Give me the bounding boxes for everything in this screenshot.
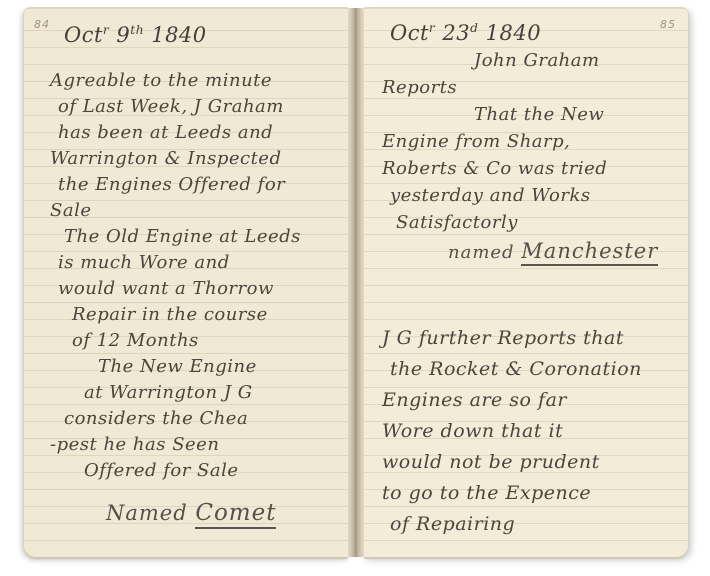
date-year: 1840 [144,23,207,47]
date-month: Oct [390,21,429,45]
manuscript-line: Engines are so far [382,387,672,418]
manuscript-line: to go to the Expence [382,480,672,511]
caption-prefix: Named [106,501,195,525]
blank-lines-gap [382,269,672,325]
manuscript-line: Offered for Sale [84,458,334,484]
manuscript-line: John Graham [474,48,672,75]
manuscript-line: would not be prudent [382,449,672,480]
manuscript-line: the Rocket & Coronation [390,356,672,387]
manuscript-line: Repair in the course [72,302,334,328]
manuscript-line: Reports [382,75,672,102]
date-day-superscript: th [130,23,144,37]
engine-name-underlined: Comet [195,500,276,529]
manuscript-line: considers the Chea [64,406,334,432]
manuscript-line: Warrington & Inspected [50,146,334,172]
date-day: 23 [435,21,470,45]
manuscript-line: That the New [474,102,672,129]
date-heading-right: Octr 23d 1840 [390,18,672,48]
left-page-text: Octr 9th 1840 Agreable to the minute of … [24,8,348,557]
manuscript-line: at Warrington J G [84,380,334,406]
manuscript-line: Engine from Sharp, [382,129,672,156]
book-gutter [348,8,364,557]
right-page: 85 Octr 23d 1840 John Graham Reports Tha… [364,8,688,557]
caption-prefix: named [448,242,521,263]
manuscript-line: of Repairing [390,511,672,542]
left-page: 84 Octr 9th 1840 Agreable to the minute … [24,8,348,557]
manuscript-line: yesterday and Works [390,183,672,210]
manuscript-line: is much Wore and [58,250,334,276]
manuscript-line: The Old Engine at Leeds [64,224,334,250]
manuscript-line: The New Engine [98,354,334,380]
engine-name-underlined: Manchester [521,239,658,266]
engine-name-caption-comet: Named Comet [106,500,334,526]
manuscript-line: of Last Week, J Graham [58,94,334,120]
manuscript-line: Roberts & Co was tried [382,156,672,183]
manuscript-line: Satisfactorly [396,210,672,237]
manuscript-line: would want a Thorrow [58,276,334,302]
manuscript-line: has been at Leeds and [58,120,334,146]
right-page-text: Octr 23d 1840 John Graham Reports That t… [364,8,688,557]
date-heading-left: Octr 9th 1840 [64,20,334,50]
manuscript-line: of 12 Months [72,328,334,354]
manuscript-line: -pest he has Seen [50,432,334,458]
date-day: 9 [109,23,130,47]
date-month: Oct [64,23,103,47]
manuscript-line: Sale [50,198,334,224]
manuscript-line: J G further Reports that [382,325,672,356]
notebook: 84 Octr 9th 1840 Agreable to the minute … [24,8,688,557]
manuscript-line: the Engines Offered for [58,172,334,198]
date-year: 1840 [478,21,541,45]
manuscript-line: Wore down that it [382,418,672,449]
manuscript-line: Agreable to the minute [50,68,334,94]
engine-name-caption-manchester: named Manchester [448,239,672,269]
